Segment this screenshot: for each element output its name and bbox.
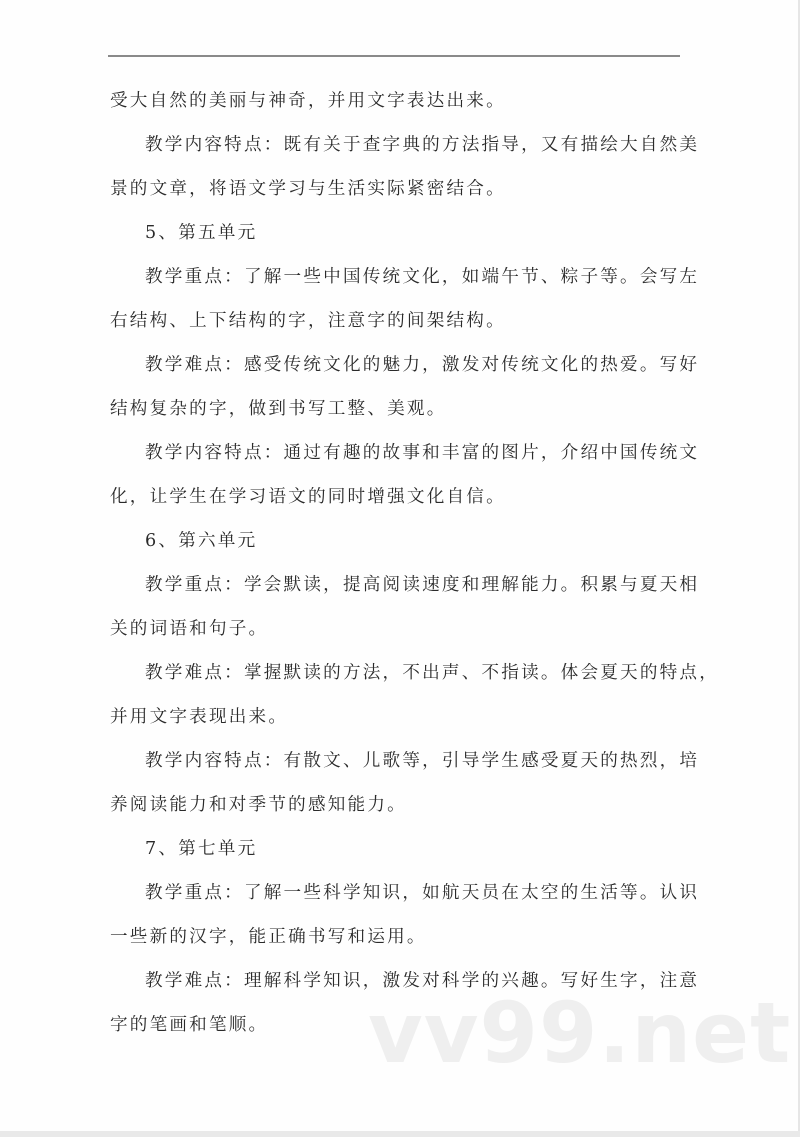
paragraph-line: 养阅读能力和对季节的感知能力。 xyxy=(110,788,685,832)
paragraph-line: 教学内容特点：有散文、儿歌等，引导学生感受夏天的热烈，培 xyxy=(110,744,685,788)
section-heading-unit-7: 7、第七单元 xyxy=(110,832,685,876)
header-rule xyxy=(108,55,680,57)
paragraph-line: 教学重点：学会默读，提高阅读速度和理解能力。积累与夏天相 xyxy=(110,568,685,612)
document-body: 受大自然的美丽与神奇，并用文字表达出来。 教学内容特点：既有关于查字典的方法指导… xyxy=(110,84,685,1052)
paragraph-line: 教学重点：了解一些科学知识，如航天员在太空的生活等。认识 xyxy=(110,876,685,920)
watermark: vv99.net xyxy=(368,988,791,1078)
paragraph-line: 教学难点：感受传统文化的魅力，激发对传统文化的热爱。写好 xyxy=(110,348,685,392)
paragraph-line: 关的词语和句子。 xyxy=(110,612,685,656)
paragraph-line: 结构复杂的字，做到书写工整、美观。 xyxy=(110,392,685,436)
paragraph-line: 教学内容特点：通过有趣的故事和丰富的图片，介绍中国传统文 xyxy=(110,436,685,480)
paragraph-line: 教学难点：掌握默读的方法，不出声、不指读。体会夏天的特点， xyxy=(110,656,685,700)
paragraph-line: 一些新的汉字，能正确书写和运用。 xyxy=(110,920,685,964)
section-heading-unit-6: 6、第六单元 xyxy=(110,524,685,568)
section-heading-unit-5: 5、第五单元 xyxy=(110,216,685,260)
paragraph-line: 化，让学生在学习语文的同时增强文化自信。 xyxy=(110,480,685,524)
document-page: 受大自然的美丽与神奇，并用文字表达出来。 教学内容特点：既有关于查字典的方法指导… xyxy=(0,0,800,1131)
paragraph-line: 并用文字表现出来。 xyxy=(110,700,685,744)
paragraph-line: 教学内容特点：既有关于查字典的方法指导，又有描绘大自然美 xyxy=(110,128,685,172)
paragraph-line: 右结构、上下结构的字，注意字的间架结构。 xyxy=(110,304,685,348)
paragraph-line: 受大自然的美丽与神奇，并用文字表达出来。 xyxy=(110,84,685,128)
page-bottom-edge xyxy=(0,1131,800,1137)
paragraph-line: 教学重点：了解一些中国传统文化，如端午节、粽子等。会写左 xyxy=(110,260,685,304)
paragraph-line: 景的文章，将语文学习与生活实际紧密结合。 xyxy=(110,172,685,216)
